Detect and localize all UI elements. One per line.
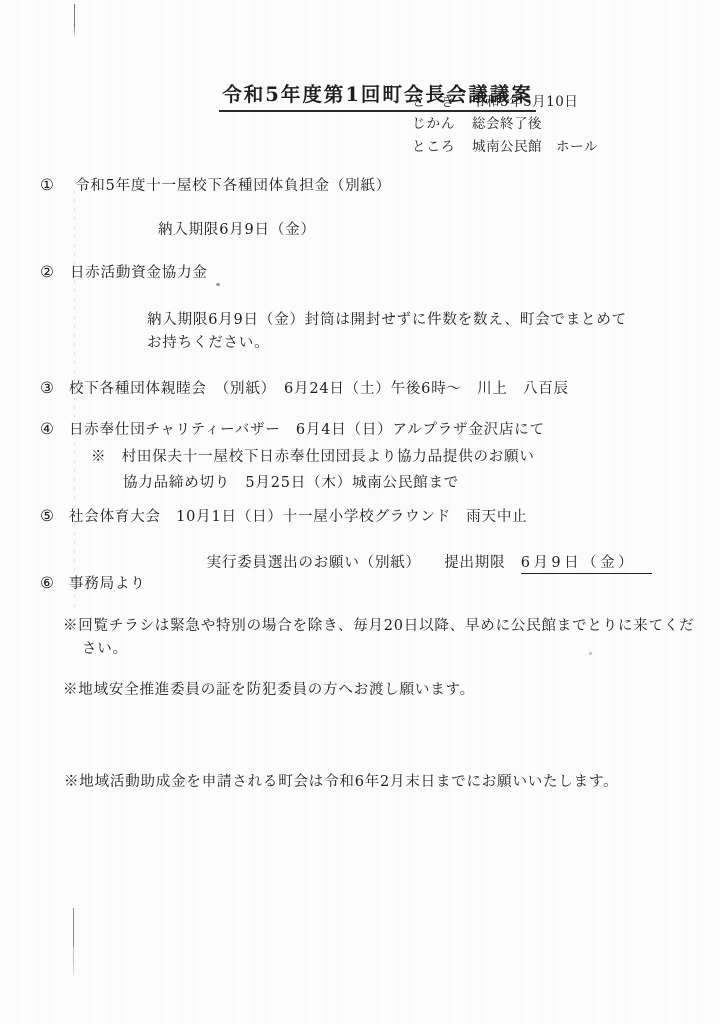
page-title: 令和5年度第1回町会長会議議案: [0, 56, 720, 135]
note-1-line-1: ※回覧チラシは緊急や特別の場合を除き、毎月20日以降、早めに公民館までとりに来て…: [63, 617, 694, 636]
scan-artifact-line-top: [74, 4, 75, 36]
item-2-subline-2: お持ちください。: [147, 334, 269, 353]
note-3-line: ※地域活動助成金を申請される町会は令和6年2月末日までにお願いいたします。: [64, 773, 618, 792]
meta-date-value: 令和5年5月10日: [472, 90, 578, 110]
item-5-text: 社会体育大会 10月1日（日）十一屋小学校グラウンド 雨天中止: [69, 508, 527, 527]
item-4-subline-2: 協力品締め切り 5月25日（木）城南公民館まで: [123, 474, 459, 493]
meta-place-value: 城南公民館 ホール: [472, 135, 598, 155]
item-5-subline-prefix: 実行委員選出のお願い（別紙） 提出期限: [207, 555, 521, 571]
item-3-number: ③: [40, 379, 54, 397]
item-1-text: 令和5年度十一屋校下各種団体負担金（別紙）: [75, 177, 391, 196]
item-4-number: ④: [40, 420, 54, 438]
meta-time-value: 総会終了後: [472, 112, 542, 132]
item-5-deadline-underlined: 6月9日（金）: [521, 555, 652, 574]
item-4-text: 日赤奉仕団チャリティーバザー 6月4日（日）アルプラザ金沢店にて: [69, 421, 545, 440]
item-5-number: ⑤: [40, 507, 54, 525]
scan-artifact-line-bottom: [73, 908, 74, 976]
item-6-text: 事務局より: [69, 575, 146, 594]
item-2-number: ②: [40, 263, 54, 281]
item-6-number: ⑥: [40, 574, 54, 592]
item-4-subline-1: ※ 村田保夫十一屋校下日赤奉仕団団長より協力品提供のお願い: [91, 448, 535, 467]
item-5-subline: 実行委員選出のお願い（別紙） 提出期限 6月9日（金）: [185, 535, 652, 592]
item-2-subline-1: 納入期限6月9日（金）封筒は開封せずに件数を数え、町会でまとめて: [147, 311, 627, 330]
item-1-number: ①: [40, 176, 54, 194]
meta-place-label: ところ: [412, 135, 456, 155]
note-1-line-2: さい。: [82, 640, 128, 659]
meta-time-label: じかん: [412, 112, 456, 132]
meta-date-label: と き: [412, 90, 456, 110]
note-2-line: ※地域安全推進委員の証を防犯委員の方へお渡し願います。: [63, 681, 475, 700]
scan-artifact-line-middle: [74, 190, 75, 608]
scan-speck: [216, 283, 220, 286]
item-1-subline: 納入期限6月9日（金）: [158, 221, 316, 240]
item-3-text: 校下各種団体親睦会 （別紙） 6月24日（土）午後6時～ 川上 八百辰: [69, 380, 569, 399]
item-2-text: 日赤活動資金協力金: [70, 264, 208, 283]
scan-speck: [589, 652, 592, 655]
scanned-document-page: 令和5年度第1回町会長会議議案 と き 令和5年5月10日 じかん 総会終了後 …: [0, 0, 720, 1024]
